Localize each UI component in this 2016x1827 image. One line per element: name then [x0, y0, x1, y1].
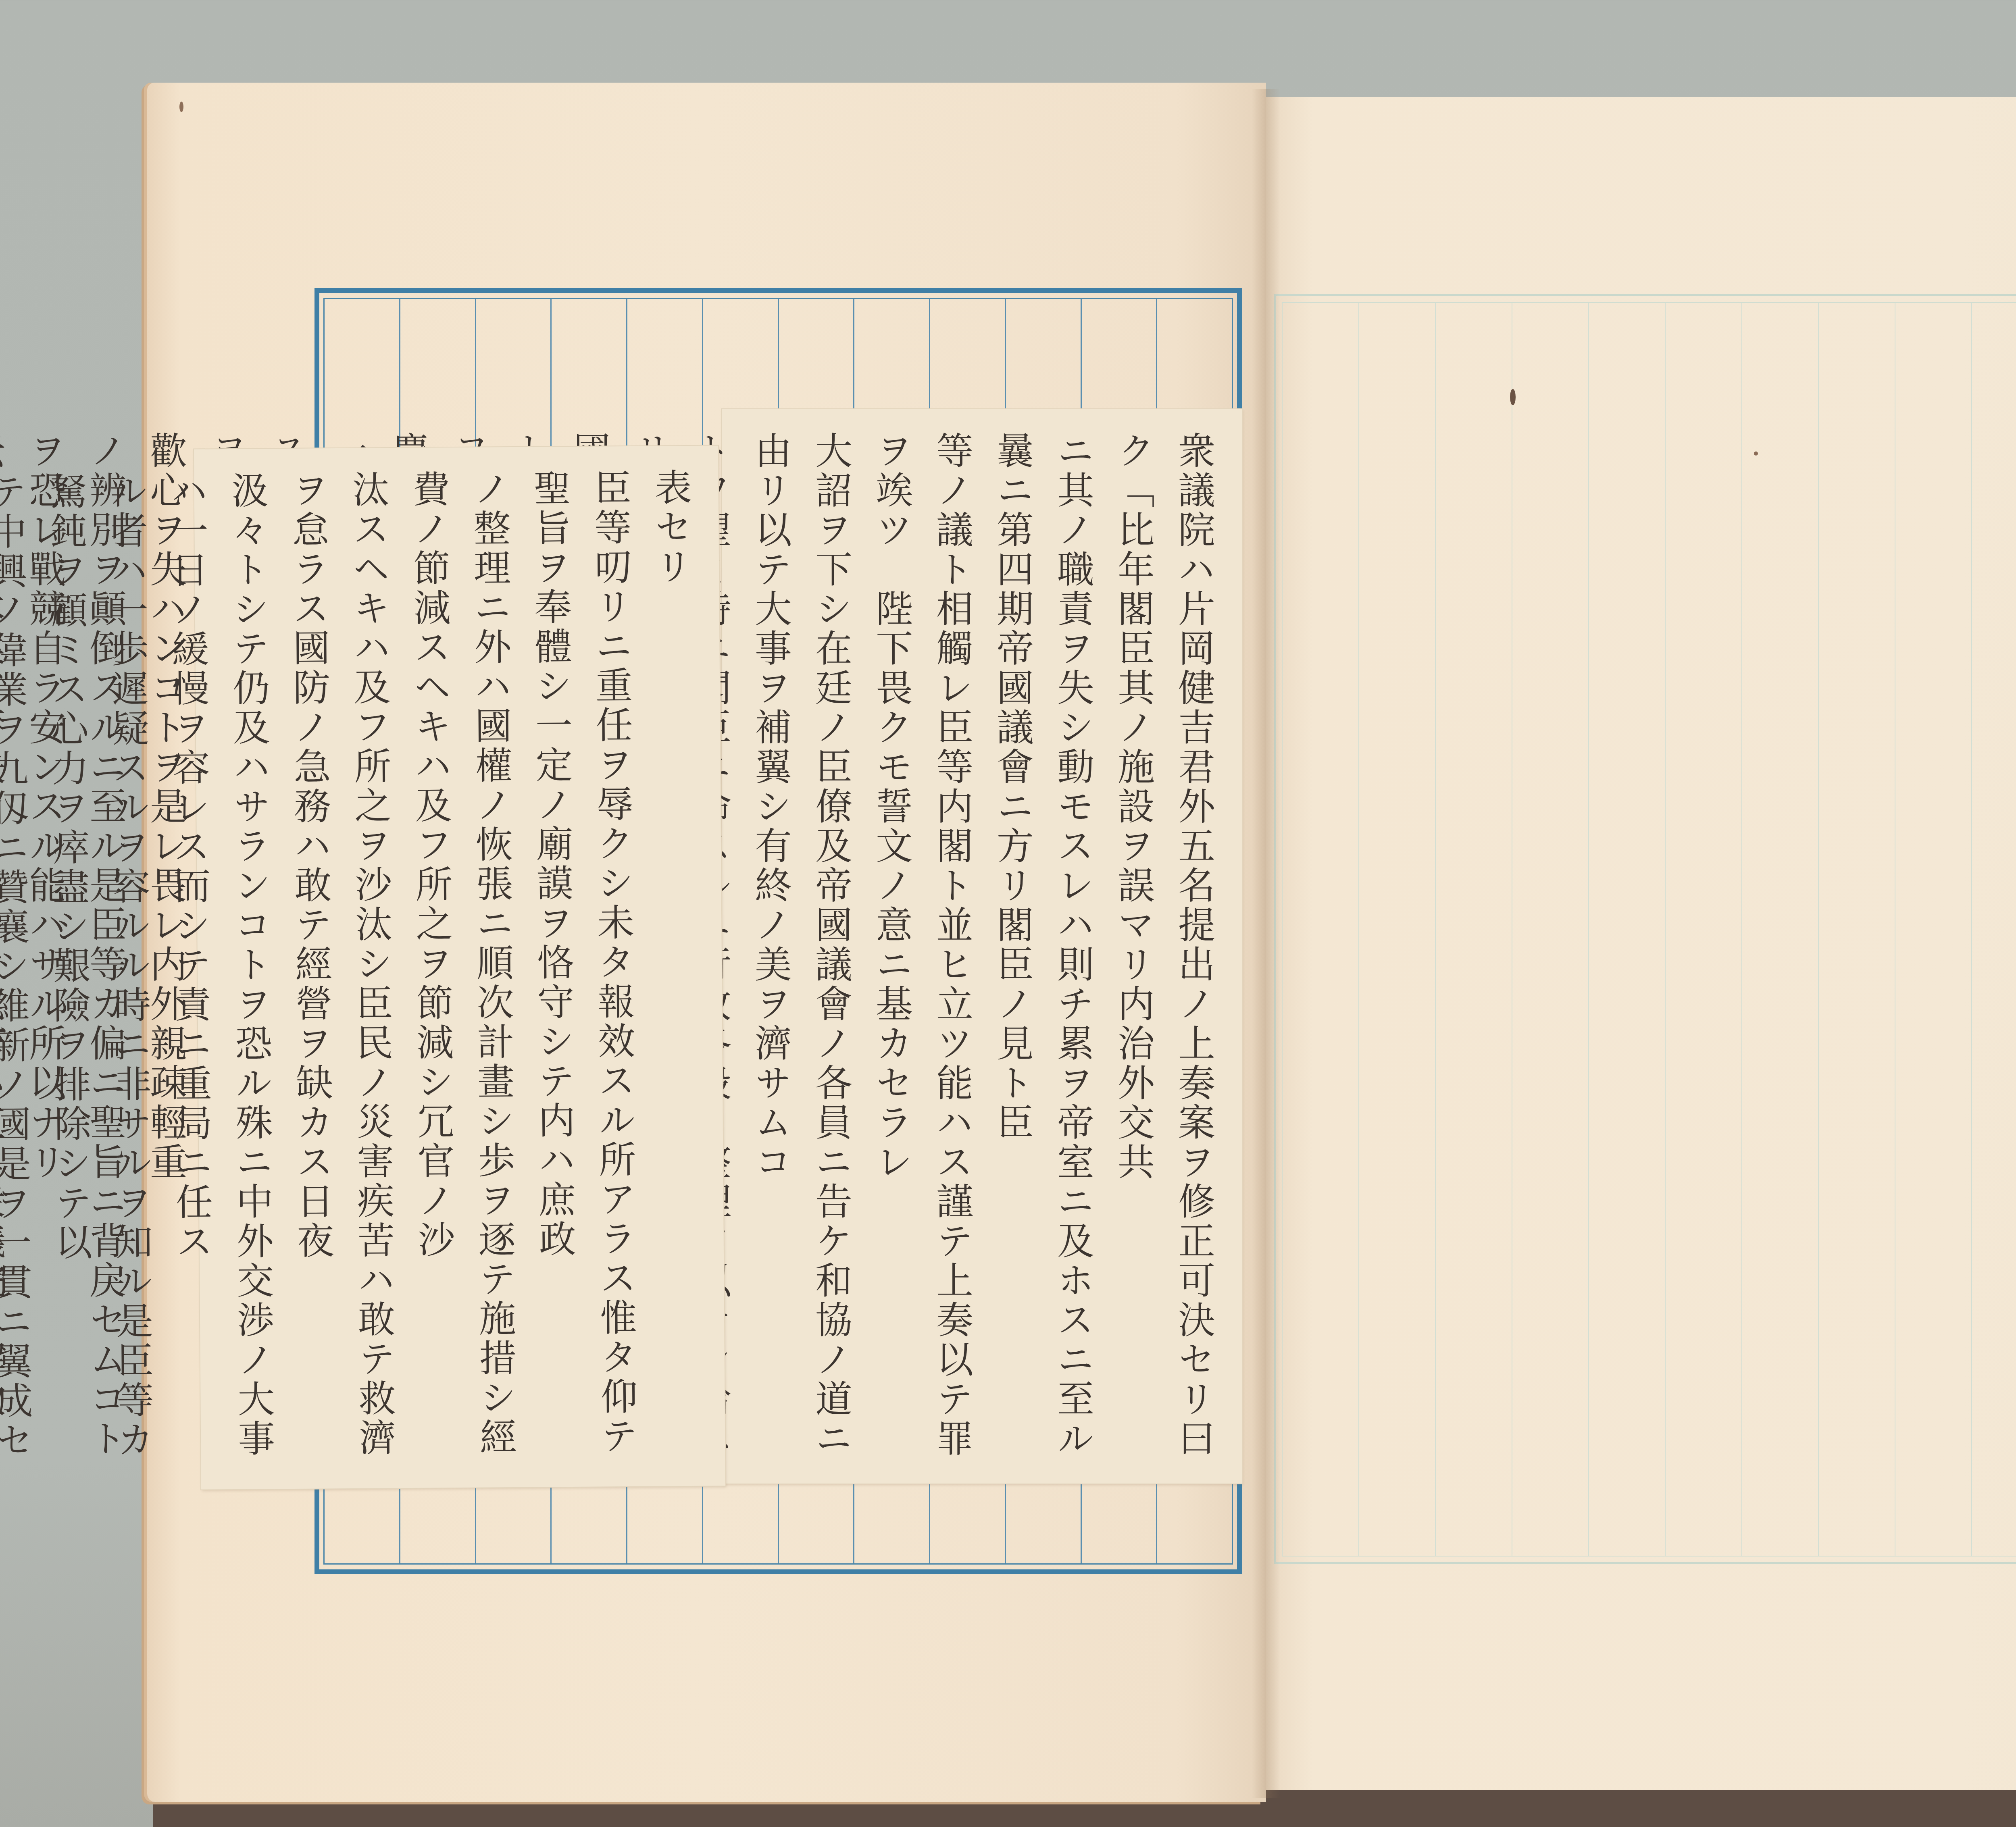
- text-line: テ中興ノ偉業ヲ九仭ニ贊襄シ維新ノ國是ヲ一貫ニ翼成セント期スル所以ナリ豈他アランヤ…: [0, 472, 42, 1475]
- text-line: ノ整理ニ外ハ國權ノ恢張ニ順次計畫シ歩ヲ逐テ施措シ經費ノ節減スヘキハ及フ所之ヲ節減…: [398, 469, 525, 1472]
- text-line: 汰スヘキハ及フ所之ヲ沙汰シ臣民ノ災害疾苦ハ敢テ救濟ヲ怠ラス國防ノ急務ハ敢テ經營ヲ…: [277, 470, 404, 1473]
- book-gutter: [1252, 89, 1280, 1798]
- clipping-text: 衆議院ハ片岡健吉君外五名提出ノ上奏案ヲ修正可決セリ曰ク「比年閣臣其ノ施設ヲ誤マリ…: [722, 409, 1242, 1484]
- newspaper-clipping-dissolution-memorial: 表セリ 臣等叨リニ重任ヲ辱クシ未タ報效スル所アラス惟タ仰テ聖旨ヲ奉體シ一定ノ廟謨…: [194, 445, 725, 1489]
- text-line: 大詔ヲ下シ在廷ノ臣僚及帝國議會ノ各員ニ告ケ和協ノ道ニ由リ以テ大事ヲ補翼シ有終ノ美…: [740, 431, 861, 1467]
- text-line: ル者ハ一歩遲疑スルヲ容ルル時ニ非サルヲ知ル是臣等カ駑鈍ヲ顧ミス心力ヲ瘁盡シ艱險ヲ…: [35, 472, 162, 1474]
- open-book: 衆議院ハ片岡健吉君外五名提出ノ上奏案ヲ修正可決セリ曰ク「比年閣臣其ノ施設ヲ誤マリ…: [0, 0, 2016, 1827]
- text-line: ニ其ノ職責ヲ失シ動モスレハ則チ累ヲ帝室ニ及ホスニ至ル曩ニ第四期帝國議會ニ方リ閣臣…: [982, 431, 1103, 1467]
- text-line: 衆議院ハ片岡健吉君外五名提出ノ上奏案ヲ修正可決セリ曰ク「比年閣臣其ノ施設ヲ誤マリ…: [1103, 431, 1224, 1467]
- text-line: 等ノ議ト相觸レ臣等内閣ト並ヒ立ツ能ハス謹テ上奏以テ罪ヲ竢ツ 陛下畏クモ誓文ノ意ニ…: [861, 431, 982, 1467]
- right-page-faded-grid: [1274, 294, 2016, 1564]
- clipping-text: 表セリ 臣等叨リニ重任ヲ辱クシ未タ報效スル所アラス惟タ仰テ聖旨ヲ奉體シ一定ノ廟謨…: [194, 445, 725, 1489]
- text-line: 臣等叨リニ重任ヲ辱クシ未タ報效スル所アラス惟タ仰テ聖旨ヲ奉體シ一定ノ廟謨ヲ恪守シ…: [519, 468, 646, 1471]
- ink-mark: [1510, 389, 1516, 405]
- ink-speck: [1754, 452, 1758, 456]
- text-line: 表セリ: [639, 468, 707, 1470]
- text-line: 汲々トシテ仍及ハサランコトヲ恐ル殊ニ中外交渉ノ大事ハ一日ノ緩慢ヲ容レス而シテ責ニ…: [156, 471, 283, 1473]
- corner-mark: [179, 102, 183, 112]
- newspaper-clipping-resolution: 衆議院ハ片岡健吉君外五名提出ノ上奏案ヲ修正可決セリ曰ク「比年閣臣其ノ施設ヲ誤マリ…: [722, 409, 1242, 1484]
